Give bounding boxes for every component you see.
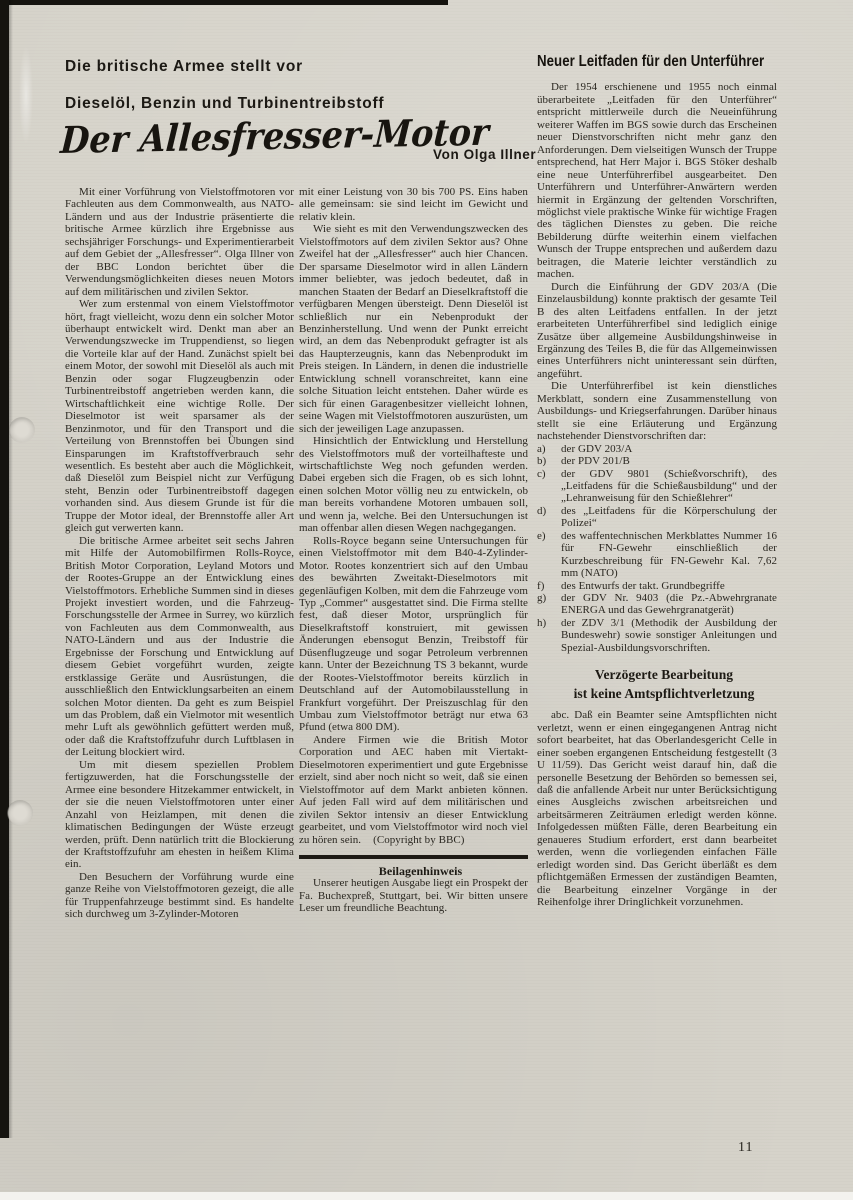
list-item: a) der GDV 203/A [537, 443, 777, 455]
item-text: der PDV 201/B [561, 455, 777, 467]
paragraph: Rolls-Royce begann seine Untersuchungen … [299, 535, 528, 734]
scanned-magazine-page: Die britische Armee stellt vor Dieselöl,… [0, 0, 853, 1200]
item-text: der GDV 203/A [561, 443, 777, 455]
insert-note-body: Unserer heutigen Ausgabe liegt ein Prosp… [299, 877, 528, 914]
list-item: f) des Entwurfs der takt. Grundbegriffe [537, 580, 777, 592]
paragraph: Wie sieht es mit den Verwendungszwecken … [299, 223, 528, 435]
item-label: d) [537, 505, 561, 530]
list-item: d) des „Leitfadens für die Körperschulun… [537, 505, 777, 530]
paragraph: abc. Daß ein Beamter seine Amtspflichten… [537, 709, 777, 908]
article-column-2: mit einer Leistung von 30 bis 700 PS. Ei… [299, 186, 528, 915]
section-divider-rule [299, 855, 528, 859]
paragraph: Mit einer Vorführung von Vielstoffmotore… [65, 186, 294, 298]
page-number: 11 [738, 1140, 753, 1156]
item-label: a) [537, 443, 561, 455]
paragraph: Der 1954 erschienene und 1955 noch einma… [537, 81, 777, 280]
item-label: f) [537, 580, 561, 592]
scan-edge-bottom [0, 1192, 853, 1200]
item-text: des waffentechnischen Merkblattes Nummer… [561, 530, 777, 580]
paragraph: Andere Firmen wie die British Motor Corp… [299, 734, 528, 846]
list-item: g) der GDV Nr. 9403 (die Pz.-Abwehrgrana… [537, 592, 777, 617]
subhead-line-1: Verzögerte Bearbeitung [537, 665, 777, 684]
article-title-script: Der Allesfresser-Motor [59, 110, 490, 162]
item-text: des „Leitfadens für die Körperschulung d… [561, 505, 777, 530]
list-item: h) der ZDV 3/1 (Methodik der Ausbildung … [537, 617, 777, 654]
list-item: e) des waffentechnischen Merkblattes Num… [537, 530, 777, 580]
list-item: b) der PDV 201/B [537, 455, 777, 467]
punch-hole-bottom [7, 800, 33, 826]
item-label: b) [537, 455, 561, 467]
paragraph: mit einer Leistung von 30 bis 700 PS. Ei… [299, 186, 528, 223]
item-label: h) [537, 617, 561, 654]
item-text: des Entwurfs der takt. Grundbegriffe [561, 580, 777, 592]
scan-edge-top [0, 0, 448, 5]
item-label: g) [537, 592, 561, 617]
paragraph: Die britische Armee arbeitet seit sechs … [65, 535, 294, 759]
list-item: c) der GDV 9801 (Schießvorschrift), des … [537, 468, 777, 505]
copyright-note: (Copyright by BBC) [361, 834, 464, 846]
paragraph-text: Andere Firmen wie die British Motor Corp… [299, 734, 528, 846]
paragraph: Die Unterführerfibel ist kein dienstlich… [537, 380, 777, 442]
item-label: e) [537, 530, 561, 580]
insert-note-title: Beilagenhinweis [299, 865, 528, 877]
article-column-1: Mit einer Vorführung von Vielstoffmotore… [65, 186, 294, 921]
subhead-line-2: ist keine Amtspflichtverletzung [537, 684, 777, 703]
paragraph: Durch die Einführung der GDV 203/A (Die … [537, 281, 777, 381]
item-text: der GDV 9801 (Schießvorschrift), des „Le… [561, 468, 777, 505]
item-label: c) [537, 468, 561, 505]
paragraph: Um mit diesem speziellen Problem fertigz… [65, 759, 294, 871]
paragraph: Hinsichtlich der Entwicklung und Herstel… [299, 435, 528, 535]
article-byline: Von Olga Illner [433, 147, 536, 162]
item-text: der ZDV 3/1 (Methodik der Ausbildung der… [561, 617, 777, 654]
right-column: Neuer Leitfaden für den Unterführer Der … [537, 56, 777, 909]
punch-hole-top [9, 417, 35, 443]
kicker-line-1: Die britische Armee stellt vor [65, 58, 303, 76]
paragraph: Wer zum erstenmal von einem Vielstoffmot… [65, 298, 294, 535]
item-text: der GDV Nr. 9403 (die Pz.-Abwehrgranate … [561, 592, 777, 617]
paragraph: Den Besuchern der Vorführung wurde eine … [65, 871, 294, 921]
subsection-heading: Verzögerte Bearbeitung ist keine Amtspfl… [537, 665, 777, 703]
scan-edge-left [0, 0, 9, 1138]
kicker-line-2: Dieselöl, Benzin und Turbinentreibstoff [65, 95, 384, 113]
leitfaden-title: Neuer Leitfaden für den Unterführer [537, 56, 736, 68]
